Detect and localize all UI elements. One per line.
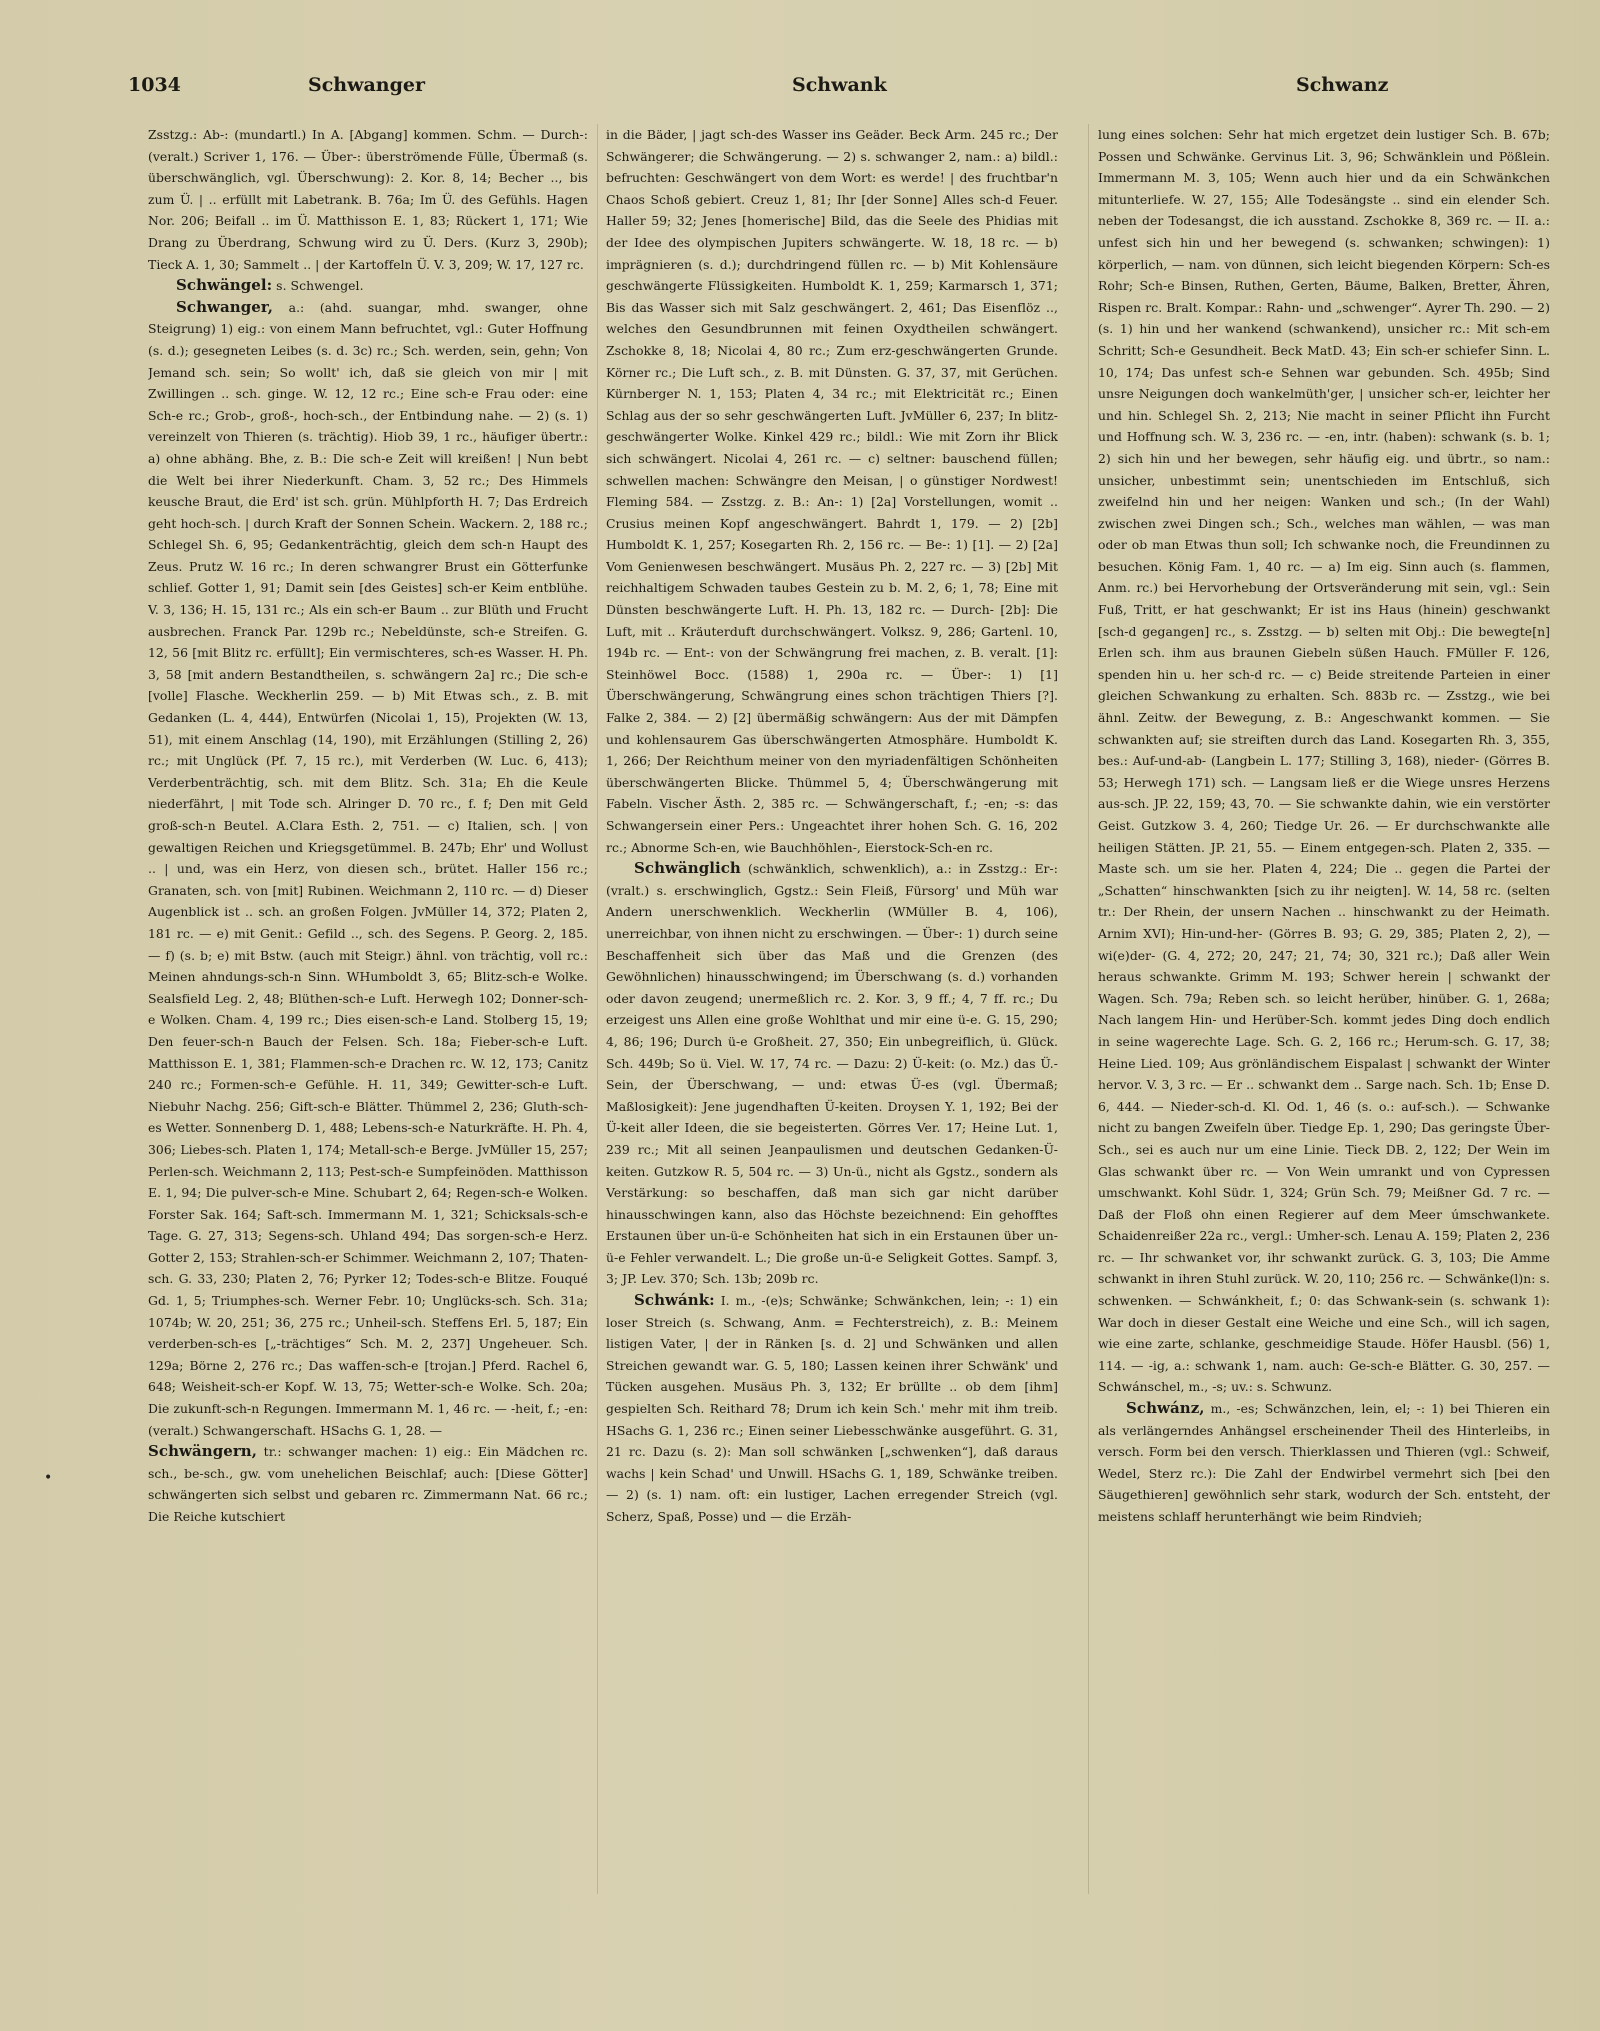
entry-body: (schwänklich, schwenklich), a.: in Zsstz… — [606, 861, 1058, 1286]
text-columns: Zsstzg.: Ab-: (mundartl.) In A. [Abgang]… — [148, 124, 1598, 1914]
dictionary-entry: Schwänglich (schwänklich, schwenklich), … — [606, 858, 1058, 1290]
entry-headword: Schwánz, — [1126, 1399, 1205, 1417]
entry-body: lung eines solchen: Sehr hat mich ergetz… — [1098, 127, 1550, 1394]
entry-headword: Schwánk: — [634, 1291, 715, 1309]
dictionary-entry: Schwängern, tr.: schwanger machen: 1) ei… — [148, 1441, 588, 1527]
dictionary-entry: Schwánk: I. m., -(e)s; Schwänke; Schwänk… — [606, 1290, 1058, 1528]
running-head-center: Schwank — [792, 74, 887, 96]
entry-body: s. Schwengel. — [272, 278, 363, 293]
column-2: in die Bäder, | jagt sch-des Wasser ins … — [606, 124, 1058, 1914]
dictionary-entry: Schwängel: s. Schwengel. — [148, 275, 588, 297]
entry-body: Zsstzg.: Ab-: (mundartl.) In A. [Abgang]… — [148, 127, 588, 272]
running-head-right: Schwanz — [1296, 74, 1388, 96]
dictionary-entry: in die Bäder, | jagt sch-des Wasser ins … — [606, 124, 1058, 858]
dictionary-entry: lung eines solchen: Sehr hat mich ergetz… — [1098, 124, 1550, 1398]
entry-headword: Schwängel: — [176, 276, 272, 294]
dictionary-entry: Schwánz, m., -es; Schwänzchen, lein, el;… — [1098, 1398, 1550, 1528]
column-3: lung eines solchen: Sehr hat mich ergetz… — [1098, 124, 1550, 1914]
running-head-left: Schwanger — [308, 74, 425, 96]
entry-headword: Schwängern, — [148, 1442, 257, 1460]
page-number: 1034 — [128, 74, 181, 96]
dictionary-entry: Schwanger, a.: (ahd. suangar, mhd. swang… — [148, 297, 588, 1441]
entry-body: I. m., -(e)s; Schwänke; Schwänkchen, lei… — [606, 1293, 1058, 1524]
margin-mark-icon: • — [44, 1470, 52, 1486]
entry-body: m., -es; Schwänzchen, lein, el; -: 1) be… — [1098, 1401, 1550, 1524]
dictionary-entry: Zsstzg.: Ab-: (mundartl.) In A. [Abgang]… — [148, 124, 588, 275]
entry-headword: Schwanger, — [176, 298, 273, 316]
entry-body: in die Bäder, | jagt sch-des Wasser ins … — [606, 127, 1058, 855]
running-head: 1034 Schwanger Schwank Schwanz — [128, 74, 1568, 104]
dictionary-page: 1034 Schwanger Schwank Schwanz Zsstzg.: … — [0, 0, 1600, 2031]
entry-headword: Schwänglich — [634, 859, 741, 877]
column-1: Zsstzg.: Ab-: (mundartl.) In A. [Abgang]… — [148, 124, 588, 1914]
entry-body: a.: (ahd. suangar, mhd. swanger, ohne St… — [148, 300, 588, 1438]
